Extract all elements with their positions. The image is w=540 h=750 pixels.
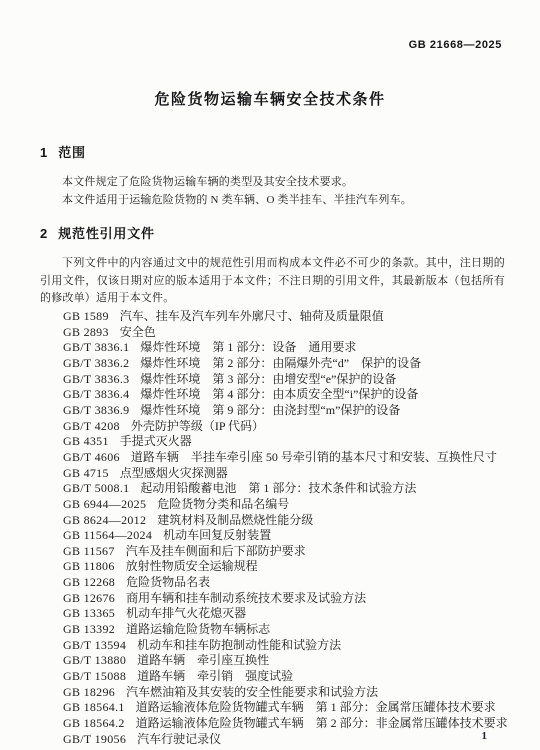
reference-code: GB 4715	[63, 466, 109, 480]
reference-title: 危险货物分类和品名编号	[157, 497, 289, 511]
reference-item: GB/T 5008.1起动用铅酸蓄电池 第 1 部分：技术条件和试验方法	[63, 481, 512, 497]
reference-title: 爆炸性环境 第 4 部分：由本质安全型“i”保护的设备	[140, 387, 418, 401]
reference-code: GB 13392	[63, 622, 115, 636]
reference-title: 手提式灭火器	[120, 434, 192, 448]
reference-title: 起动用铅酸蓄电池 第 1 部分：技术条件和试验方法	[140, 481, 416, 495]
reference-title: 商用车辆和挂车制动系统技术要求及试验方法	[126, 591, 366, 605]
section-scope: 1范围 本文件规定了危险货物运输车辆的类型及其安全技术要求。 本文件适用于运输危…	[0, 142, 540, 209]
reference-title: 机动车回复反射装置	[163, 528, 271, 542]
reference-title: 道路运输液体危险货物罐式车辆 第 1 部分：金属常压罐体技术要求	[136, 700, 496, 714]
section-1-heading: 1范围	[40, 142, 502, 161]
reference-code: GB/T 4606	[63, 450, 120, 464]
reference-item: GB 11567汽车及挂车侧面和后下部防护要求	[63, 544, 512, 560]
reference-item: GB 18564.2道路运输液体危险货物罐式车辆 第 2 部分：非金属常压罐体技…	[63, 716, 512, 732]
section-2-number: 2	[40, 226, 47, 241]
paragraph: 本文件规定了危险货物运输车辆的类型及其安全技术要求。	[40, 174, 505, 192]
reference-item: GB 1589汽车、挂车及汽车列车外廓尺寸、轴荷及质量限值	[63, 309, 512, 325]
reference-title: 机动车和挂车防抱制动性能和试验方法	[137, 638, 341, 652]
section-2-paragraphs: 下列文件中的内容通过文中的规范性引用而构成本文件必不可少的条款。其中，注日期的引…	[0, 255, 540, 308]
reference-title: 爆炸性环境 第 3 部分：由增安型“e”保护的设备	[140, 372, 396, 386]
reference-item: GB/T 13880道路车辆 牵引座互换性	[63, 653, 512, 669]
reference-title: 道路车辆 牵引销 强度试验	[137, 669, 293, 683]
reference-code: GB 18564.1	[63, 700, 125, 714]
reference-title: 爆炸性环境 第 2 部分：由隔爆外壳“d” 保护的设备	[140, 356, 421, 370]
section-1-paragraphs: 本文件规定了危险货物运输车辆的类型及其安全技术要求。 本文件适用于运输危险货物的…	[0, 174, 540, 209]
reference-item: GB/T 4606道路车辆 半挂车牵引座 50 号牵引销的基本尺寸和安装、互换性…	[63, 450, 512, 466]
reference-title: 点型感烟火灾探测器	[120, 466, 228, 480]
reference-title: 爆炸性环境 第 1 部分：设备 通用要求	[140, 340, 356, 354]
reference-title: 汽车及挂车侧面和后下部防护要求	[126, 544, 306, 558]
reference-code: GB 11564—2024	[63, 528, 152, 542]
reference-code: GB 6944—2025	[63, 497, 146, 511]
reference-code: GB/T 3836.2	[63, 356, 129, 370]
reference-item: GB/T 3836.9爆炸性环境 第 9 部分：由浇封型“m”保护的设备	[63, 403, 512, 419]
reference-title: 机动车排气火花熄灭器	[126, 606, 246, 620]
reference-code: GB/T 5008.1	[63, 481, 129, 495]
reference-item: GB/T 19056汽车行驶记录仪	[63, 732, 512, 748]
reference-code: GB 8624—2012	[63, 513, 146, 527]
reference-item: GB/T 13594机动车和挂车防抱制动性能和试验方法	[63, 638, 512, 654]
reference-item: GB 12268危险货物品名表	[63, 575, 512, 591]
reference-title: 道路运输危险货物车辆标志	[126, 622, 270, 636]
section-normative-references: 2规范性引用文件 下列文件中的内容通过文中的规范性引用而构成本文件必不可少的条款…	[0, 223, 540, 747]
reference-title: 汽车、挂车及汽车列车外廓尺寸、轴荷及质量限值	[120, 309, 384, 323]
reference-item: GB 2893安全色	[63, 325, 512, 341]
reference-title: 汽车行驶记录仪	[137, 732, 221, 746]
paragraph: 本文件适用于运输危险货物的 N 类车辆、O 类半挂车、半挂汽车列车。	[40, 192, 505, 210]
reference-code: GB 12676	[63, 591, 115, 605]
reference-item: GB 13365机动车排气火花熄灭器	[63, 606, 512, 622]
reference-title: 爆炸性环境 第 9 部分：由浇封型“m”保护的设备	[140, 403, 400, 417]
reference-code: GB/T 15088	[63, 669, 126, 683]
reference-code: GB/T 3836.9	[63, 403, 129, 417]
reference-code: GB 2893	[63, 325, 109, 339]
reference-code: GB/T 3836.1	[63, 340, 129, 354]
reference-item: GB 12676商用车辆和挂车制动系统技术要求及试验方法	[63, 591, 512, 607]
reference-title: 汽车燃油箱及其安装的安全性能要求和试验方法	[126, 685, 378, 699]
reference-code: GB 12268	[63, 575, 115, 589]
reference-title: 放射性物质安全运输规程	[126, 559, 258, 573]
reference-item: GB 11564—2024机动车回复反射装置	[63, 528, 512, 544]
reference-item: GB/T 4208外壳防护等级（IP 代码）	[63, 419, 512, 435]
section-2-heading-text: 规范性引用文件	[58, 226, 155, 241]
reference-code: GB 18296	[63, 685, 115, 699]
reference-title: 建筑材料及制品燃烧性能分级	[157, 513, 313, 527]
reference-item: GB/T 15088道路车辆 牵引销 强度试验	[63, 669, 512, 685]
section-2-heading: 2规范性引用文件	[40, 223, 502, 242]
reference-code: GB 13365	[63, 606, 115, 620]
reference-title: 危险货物品名表	[126, 575, 210, 589]
reference-code: GB 11806	[63, 559, 115, 573]
reference-code: GB/T 13880	[63, 653, 126, 667]
reference-code: GB/T 3836.4	[63, 387, 129, 401]
standard-number: GB 21668—2025	[409, 39, 502, 51]
reference-item: GB 8624—2012建筑材料及制品燃烧性能分级	[63, 513, 512, 529]
reference-item: GB/T 3836.3爆炸性环境 第 3 部分：由增安型“e”保护的设备	[63, 372, 512, 388]
reference-code: GB/T 4208	[63, 419, 120, 433]
reference-item: GB 18296汽车燃油箱及其安装的安全性能要求和试验方法	[63, 685, 512, 701]
reference-title: 道路车辆 半挂车牵引座 50 号牵引销的基本尺寸和安装、互换性尺寸	[131, 450, 497, 464]
reference-code: GB/T 3836.3	[63, 372, 129, 386]
section-1-number: 1	[40, 145, 47, 160]
page-number: 1	[482, 730, 488, 742]
reference-item: GB 13392道路运输危险货物车辆标志	[63, 622, 512, 638]
reference-item: GB 6944—2025危险货物分类和品名编号	[63, 497, 512, 513]
reference-code: GB 18564.2	[63, 716, 125, 730]
section-1-heading-text: 范围	[58, 145, 86, 160]
reference-title: 道路运输液体危险货物罐式车辆 第 2 部分：非金属常压罐体技术要求	[136, 716, 508, 730]
reference-code: GB/T 19056	[63, 732, 126, 746]
reference-item: GB 4715点型感烟火灾探测器	[63, 466, 512, 482]
reference-item: GB/T 3836.2爆炸性环境 第 2 部分：由隔爆外壳“d” 保护的设备	[63, 356, 512, 372]
reference-item: GB/T 3836.4爆炸性环境 第 4 部分：由本质安全型“i”保护的设备	[63, 387, 512, 403]
reference-item: GB/T 3836.1爆炸性环境 第 1 部分：设备 通用要求	[63, 340, 512, 356]
reference-item: GB 4351手提式灭火器	[63, 434, 512, 450]
reference-item: GB 18564.1道路运输液体危险货物罐式车辆 第 1 部分：金属常压罐体技术…	[63, 700, 512, 716]
page-title: 危险货物运输车辆安全技术条件	[0, 0, 540, 109]
paragraph: 下列文件中的内容通过文中的规范性引用而构成本文件必不可少的条款。其中，注日期的引…	[40, 255, 505, 308]
reference-code: GB 11567	[63, 544, 115, 558]
reference-title: 道路车辆 牵引座互换性	[137, 653, 269, 667]
references-list: GB 1589汽车、挂车及汽车列车外廓尺寸、轴荷及质量限值 GB 2893安全色…	[63, 309, 512, 747]
reference-item: GB 11806放射性物质安全运输规程	[63, 559, 512, 575]
reference-code: GB/T 13594	[63, 638, 126, 652]
document-page: GB 21668—2025 危险货物运输车辆安全技术条件 1范围 本文件规定了危…	[0, 0, 540, 750]
reference-title: 安全色	[120, 325, 156, 339]
reference-code: GB 1589	[63, 309, 109, 323]
reference-code: GB 4351	[63, 434, 109, 448]
reference-title: 外壳防护等级（IP 代码）	[131, 419, 264, 433]
